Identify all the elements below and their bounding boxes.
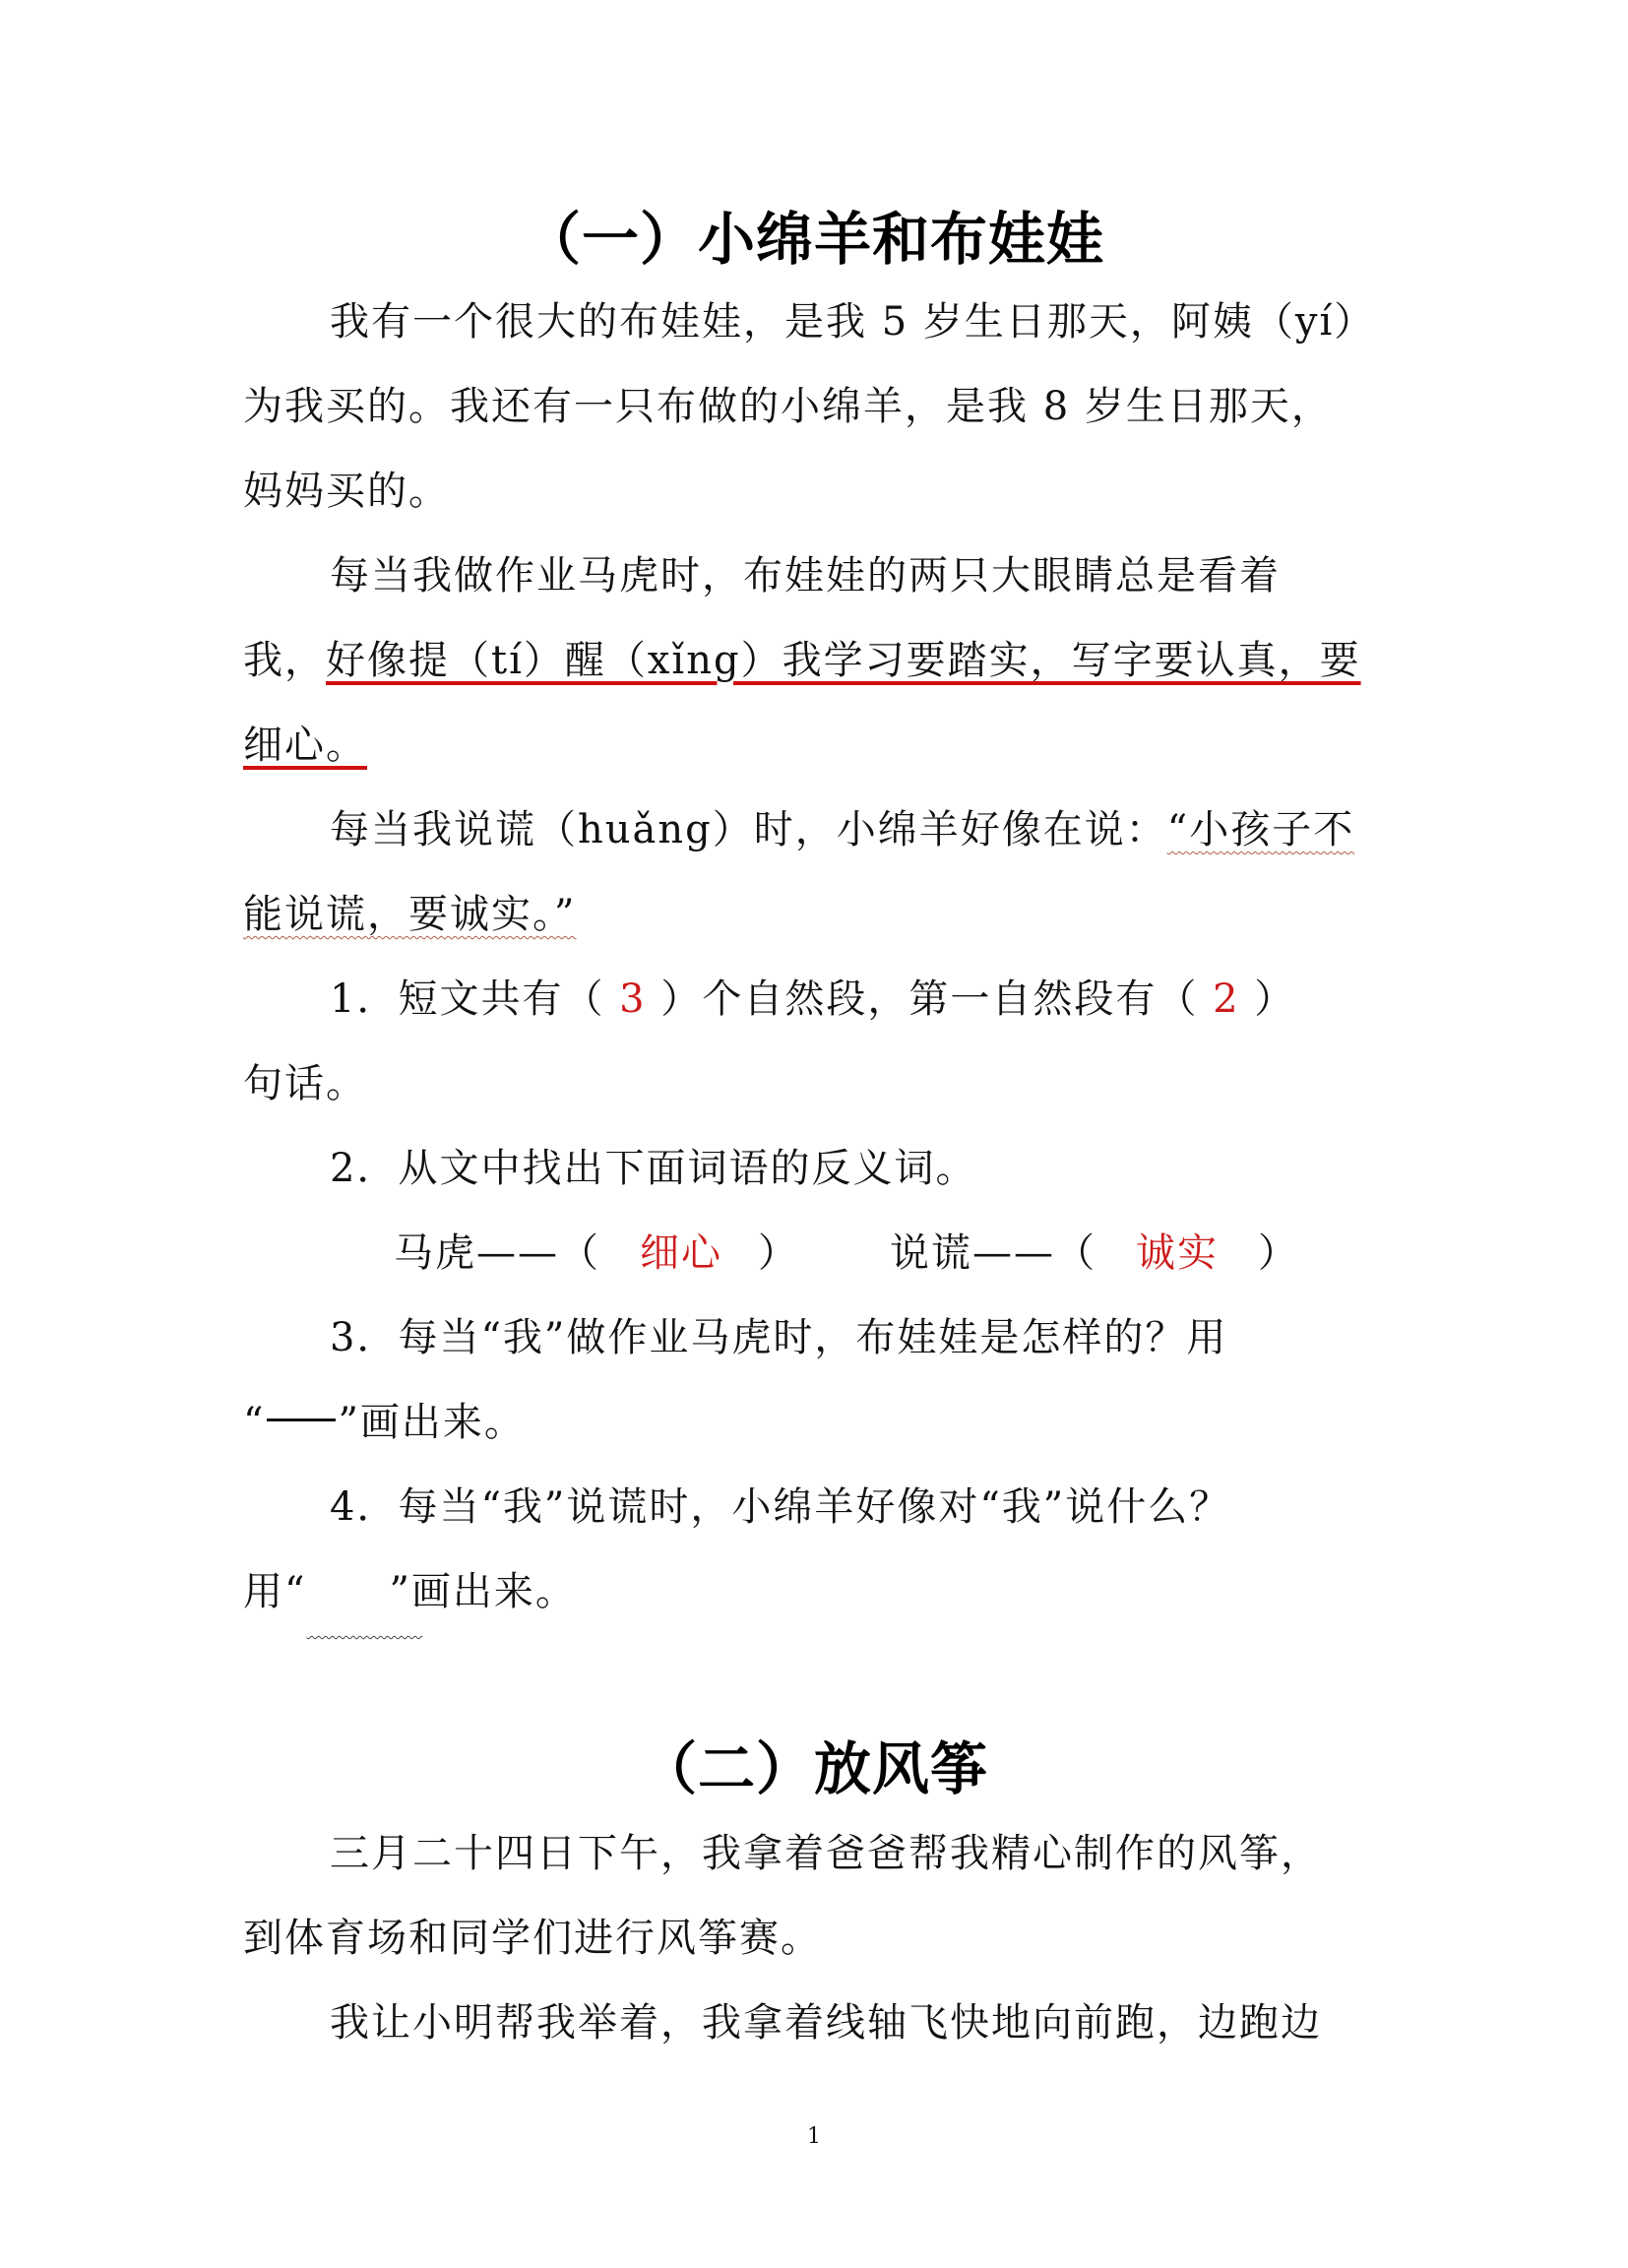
question-1-line-1: 1．短文共有（ 3 ）个自然段，第一自然段有（ 2 ） xyxy=(330,975,1295,1024)
question-1-text-c: ） xyxy=(1240,976,1296,1022)
question-2-pairs: 马虎——（细心）说谎——（诚实） xyxy=(394,1228,1299,1278)
para-2-line-3: 细心。 xyxy=(243,721,367,770)
question-3-line-2: “”画出来。 xyxy=(243,1398,526,1447)
para-3-line-2: 能说谎，要诚实。” xyxy=(243,890,576,939)
solid-line-marker xyxy=(267,1418,336,1421)
underlined-answer-sentence-end: 细心。 xyxy=(243,723,367,768)
question-3-line-1: 3．每当“我”做作业马虎时，布娃娃是怎样的？用 xyxy=(330,1313,1227,1362)
antonym-pair-1-word: 马虎——（ xyxy=(394,1230,600,1276)
section-2-para-2-line-1: 我让小明帮我举着，我拿着线轴飞快地向前跑，边跑边 xyxy=(330,1998,1322,2047)
question-1-text-a: 1．短文共有（ xyxy=(330,976,619,1022)
section-1-title: （一）小绵羊和布娃娃 xyxy=(0,205,1628,274)
question-3-open-quote: “ xyxy=(243,1400,265,1445)
para-3-line-1: 每当我说谎（huǎng）时，小绵羊好像在说：“小孩子不 xyxy=(330,805,1354,854)
section-2-para-1-line-1: 三月二十四日下午，我拿着爸爸帮我精心制作的风筝， xyxy=(330,1829,1322,1878)
page-number: 1 xyxy=(0,2124,1628,2149)
para-2-line-2-prefix: 我， xyxy=(243,638,326,683)
wavy-underlined-quote: “小孩子不 xyxy=(1167,807,1354,852)
question-1-line-2: 句话。 xyxy=(243,1059,367,1108)
document-page: （一）小绵羊和布娃娃 我有一个很大的布娃娃，是我 5 岁生日那天，阿姨（yí） … xyxy=(0,0,1628,2268)
antonym-pair-1-answer: 细心 xyxy=(640,1230,722,1276)
wavy-line-marker xyxy=(306,1597,389,1616)
underlined-answer-sentence: 好像提（tí）醒（xǐng）我学习要踏实，写字要认真，要 xyxy=(326,638,1361,683)
antonym-pair-2-word: 说谎——（ xyxy=(890,1230,1096,1276)
antonym-pair-2-answer: 诚实 xyxy=(1136,1230,1219,1276)
answer-paragraph-count: 3 xyxy=(619,976,646,1022)
antonym-pair-1-close: ） xyxy=(758,1230,799,1276)
para-1-line-3: 妈妈买的。 xyxy=(243,467,450,516)
antonym-pair-2-close: ） xyxy=(1258,1230,1299,1276)
question-1-text-b: ）个自然段，第一自然段有（ xyxy=(647,976,1213,1022)
wavy-underlined-quote-end: 能说谎，要诚实。” xyxy=(243,892,576,937)
question-4-line-2: 用“ ”画出来。 xyxy=(243,1567,577,1616)
question-2-prompt: 2．从文中找出下面词语的反义词。 xyxy=(330,1144,976,1193)
section-2-title: （二）放风筝 xyxy=(0,1734,1628,1803)
para-2-line-2: 我，好像提（tí）醒（xǐng）我学习要踏实，写字要认真，要 xyxy=(243,636,1361,685)
question-3-close-text: ”画出来。 xyxy=(338,1400,525,1445)
answer-sentence-count: 2 xyxy=(1213,976,1239,1022)
question-4-open-quote: 用“ xyxy=(243,1569,306,1614)
section-2-para-1-line-2: 到体育场和同学们进行风筝赛。 xyxy=(243,1914,822,1963)
para-1-line-2: 为我买的。我还有一只布做的小绵羊，是我 8 岁生日那天， xyxy=(243,382,1333,431)
question-4-line-1: 4．每当“我”说谎时，小绵羊好像对“我”说什么？ xyxy=(330,1482,1230,1532)
para-1-line-1: 我有一个很大的布娃娃，是我 5 岁生日那天，阿姨（yí） xyxy=(330,297,1375,346)
para-2-line-1: 每当我做作业马虎时，布娃娃的两只大眼睛总是看着 xyxy=(330,551,1281,600)
para-3-line-1-prefix: 每当我说谎（huǎng）时，小绵羊好像在说： xyxy=(330,807,1167,852)
question-4-close-text: ”画出来。 xyxy=(389,1569,576,1614)
